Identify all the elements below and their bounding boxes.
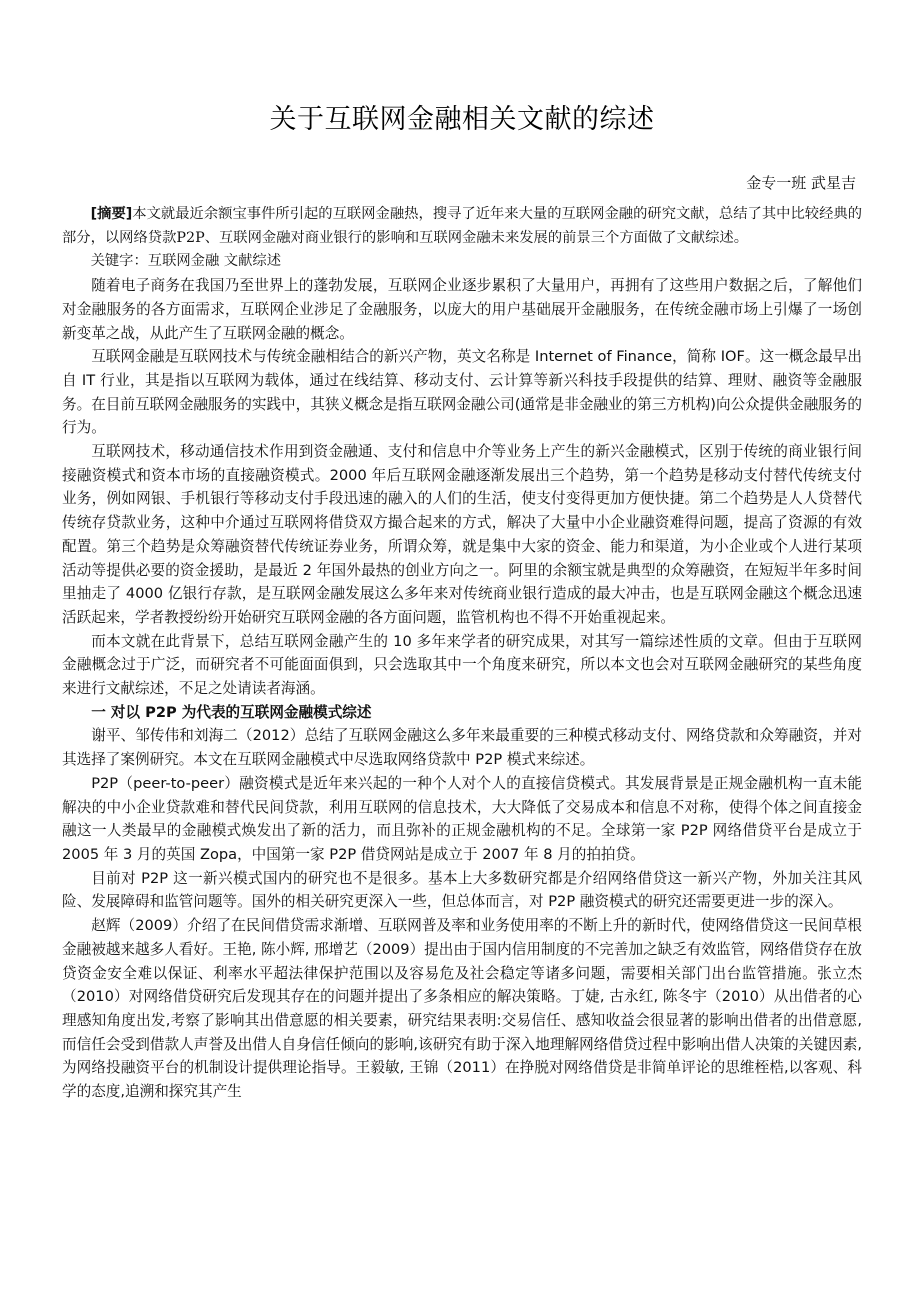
body-paragraph: 互联网金融是互联网技术与传统金融相结合的新兴产物，英文名称是 Internet … <box>62 345 862 440</box>
abstract-text: 本文就最近余额宝事件所引起的互联网金融热，搜寻了近年来大量的互联网金融的研究文献… <box>62 206 862 246</box>
abstract-label: [摘要] <box>91 206 133 222</box>
body-paragraph: 而本文就在此背景下，总结互联网金融产生的 10 多年来学者的研究成果，对其写一篇… <box>62 630 862 701</box>
body-paragraph: P2P（peer-to-peer）融资模式是近年来兴起的一种个人对个人的直接信贷… <box>62 772 862 867</box>
body-paragraph: 赵辉（2009）介绍了在民间借贷需求渐增、互联网普及率和业务使用率的不断上升的新… <box>62 914 862 1104</box>
author-line: 金专一班 武星吉 <box>746 172 856 193</box>
document-body: [摘要]本文就最近余额宝事件所引起的互联网金融热，搜寻了近年来大量的互联网金融的… <box>62 203 862 1104</box>
keywords-line: 关键字：互联网金融 文献综述 <box>62 250 862 274</box>
section-heading: 一 对以 P2P 为代表的互联网金融模式综述 <box>62 701 862 725</box>
document-title: 关于互联网金融相关文献的综述 <box>62 97 862 136</box>
body-paragraph: 随着电子商务在我国乃至世界上的蓬勃发展，互联网企业逐步累积了大量用户，再拥有了这… <box>62 274 862 345</box>
abstract-paragraph: [摘要]本文就最近余额宝事件所引起的互联网金融热，搜寻了近年来大量的互联网金融的… <box>62 203 862 250</box>
body-paragraph: 互联网技术，移动通信技术作用到资金融通、支付和信息中介等业务上产生的新兴金融模式… <box>62 440 862 630</box>
body-paragraph: 目前对 P2P 这一新兴模式国内的研究也不是很多。基本上大多数研究都是介绍网络借… <box>62 867 862 914</box>
body-paragraph: 谢平、邹传伟和刘海二（2012）总结了互联网金融这么多年来最重要的三种模式移动支… <box>62 724 862 771</box>
